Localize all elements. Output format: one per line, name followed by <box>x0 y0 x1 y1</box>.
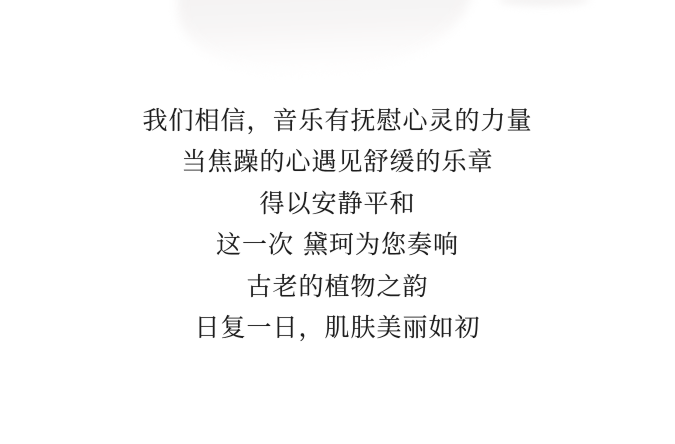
copy-line-6: 日复一日，肌肤美丽如初 <box>0 307 675 348</box>
cropped-photo-smudge <box>498 0 590 6</box>
marketing-copy-block: 我们相信，音乐有抚慰心灵的力量 当焦躁的心遇见舒缓的乐章 得以安静平和 这一次 … <box>0 100 675 348</box>
cropped-photo-remnant <box>176 0 476 81</box>
copy-line-2: 当焦躁的心遇见舒缓的乐章 <box>0 141 675 182</box>
page-background: 我们相信，音乐有抚慰心灵的力量 当焦躁的心遇见舒缓的乐章 得以安静平和 这一次 … <box>0 0 675 444</box>
copy-line-1: 我们相信，音乐有抚慰心灵的力量 <box>0 100 675 141</box>
copy-line-5: 古老的植物之韵 <box>0 266 675 307</box>
copy-line-4: 这一次 黛珂为您奏响 <box>0 224 675 265</box>
copy-line-3: 得以安静平和 <box>0 183 675 224</box>
